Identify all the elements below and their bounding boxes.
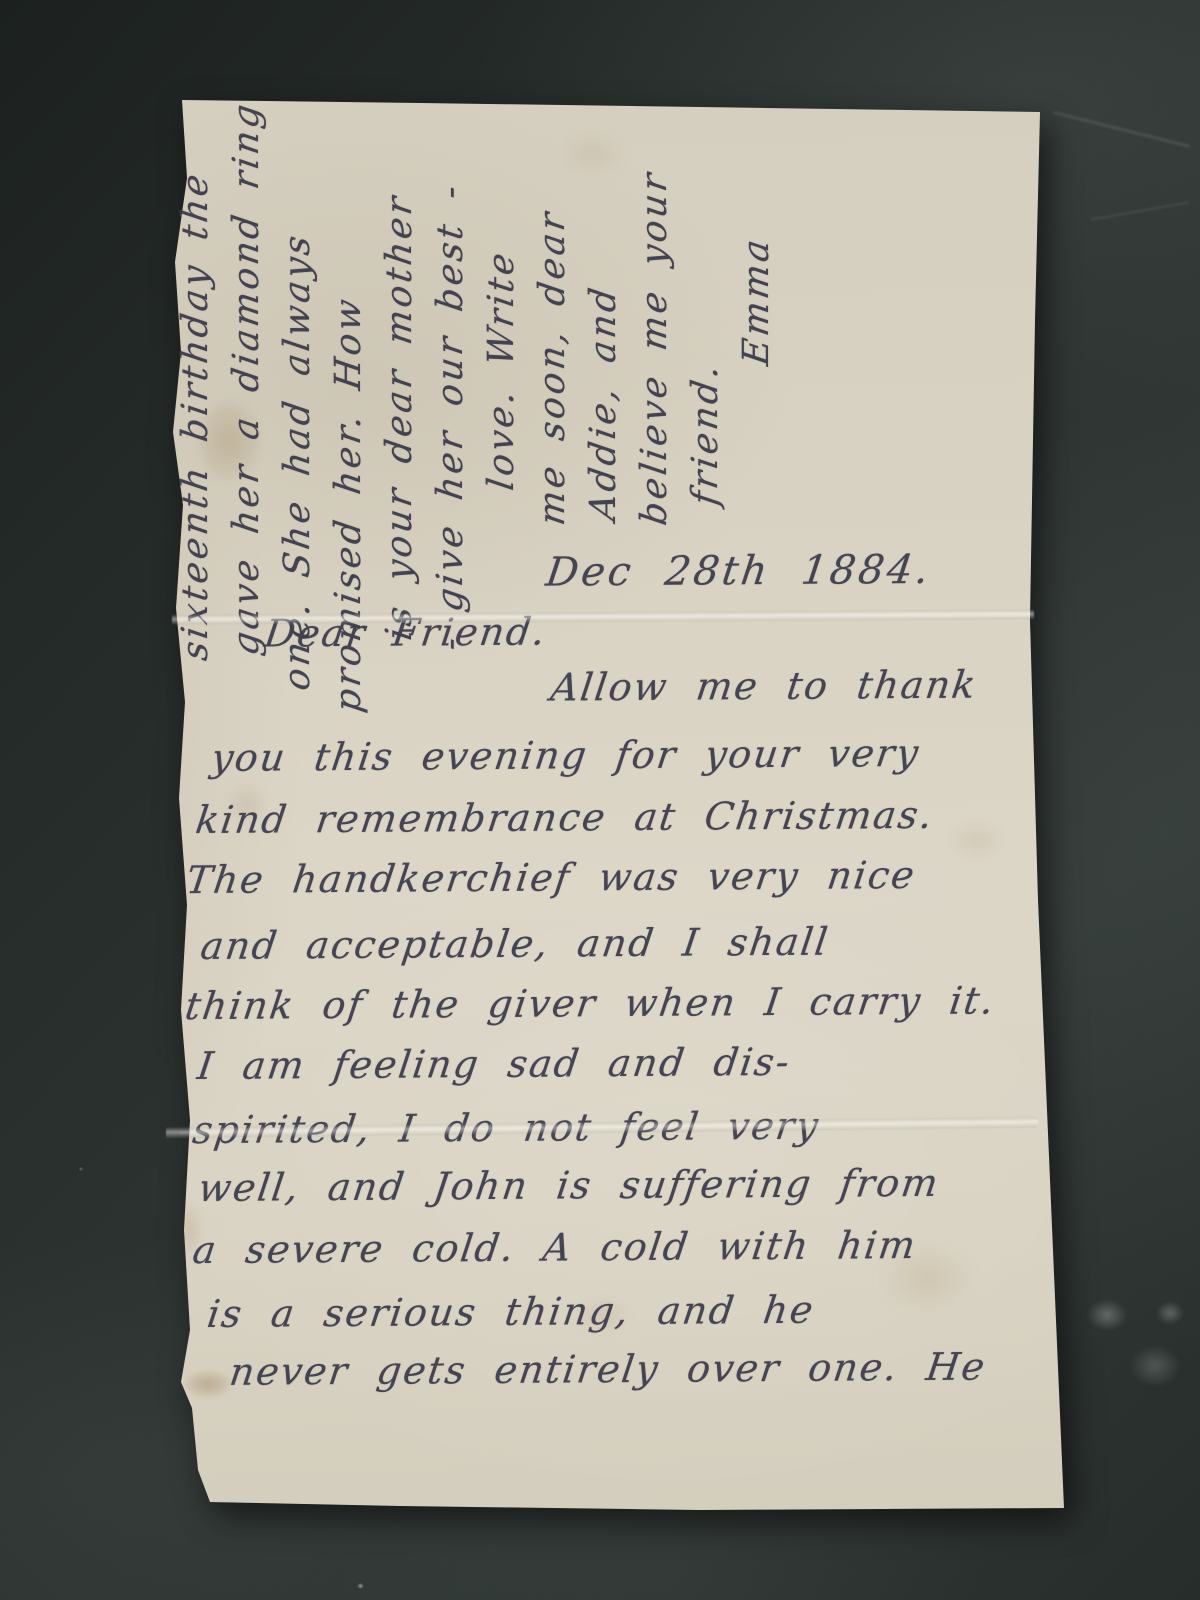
body-line: is a serious thing, and he [205, 1288, 818, 1336]
body-line: Allow me to thank [548, 663, 980, 710]
body-line: never gets entirely over one. He [227, 1345, 989, 1394]
body-line: you this evening for your very [209, 731, 923, 780]
photo-background: sixteenth birthday the gave her a diamon… [0, 0, 1200, 1600]
body-line: The handkerchief was very nice [184, 853, 919, 902]
body-line: a severe cold. A cold with him [190, 1223, 919, 1272]
body-line: and acceptable, and I shall [198, 920, 832, 968]
date-line: Dec 28th 1884. [543, 547, 934, 596]
body-line: I am feeling sad and dis- [195, 1040, 794, 1088]
body-line: think of the giver when I carry it. [183, 978, 999, 1028]
body-line: kind remembrance at Christmas. [193, 793, 937, 842]
letter-text-layer: Dec 28th 1884. Dear Friend. Allow me to … [0, 0, 1200, 1600]
body-line: well, and John is suffering from [196, 1161, 943, 1210]
